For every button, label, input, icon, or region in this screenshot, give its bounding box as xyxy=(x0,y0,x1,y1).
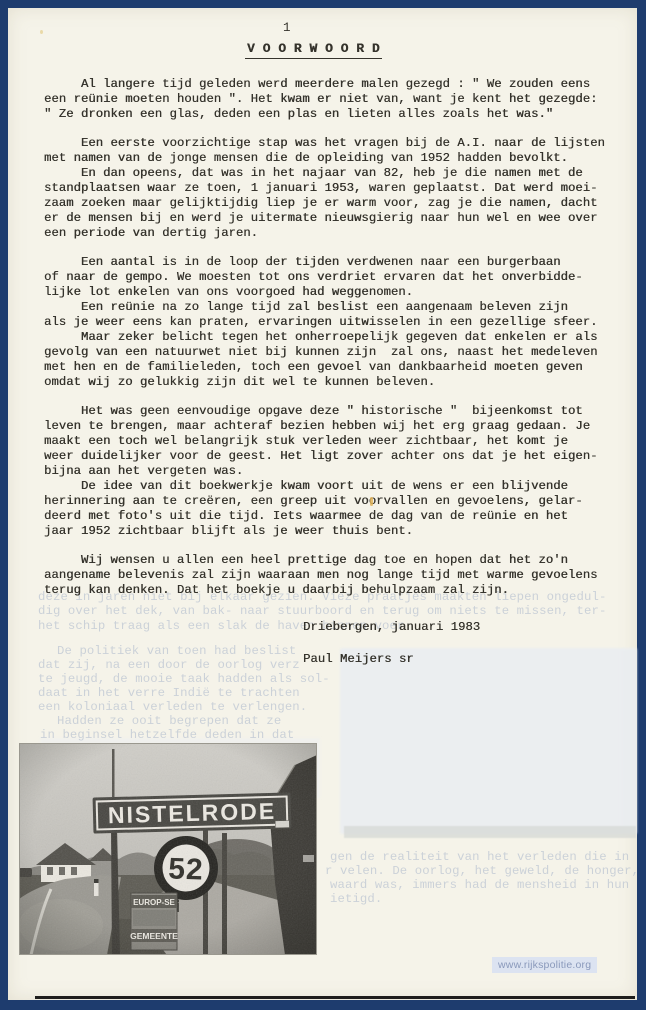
photo-nistelrode: NISTELRODE 52 EUROP-SE GEMEENTE xyxy=(19,743,317,955)
watermark: www.rijkspolitie.org xyxy=(492,957,597,973)
scan-edge-shadow xyxy=(35,996,635,999)
page-number: 1 xyxy=(283,21,291,35)
paper-speck xyxy=(40,30,43,34)
body-text: Al langere tijd geleden werd meerdere ma… xyxy=(44,77,619,612)
paragraph-2: Een eerste voorzichtige stap was het vra… xyxy=(44,136,619,241)
page-title: V O O R W O O R D xyxy=(245,41,382,59)
paragraph-4: Het was geen eenvoudige opgave deze " hi… xyxy=(44,404,619,539)
scanned-page: deze in jaren niet bij elkaar gezien. Vi… xyxy=(0,0,646,1010)
paper-speck xyxy=(370,497,373,506)
paragraph-1: Al langere tijd geleden werd meerdere ma… xyxy=(44,77,619,122)
signoff-place-date: Driebergen, januari 1983 xyxy=(303,620,480,634)
photo-vignette xyxy=(19,743,317,955)
signoff-author: Paul Meijers sr xyxy=(303,652,414,666)
paragraph-3: Een aantal is in de loop der tijden verd… xyxy=(44,255,619,390)
paragraph-5: Wij wensen u allen een heel prettige dag… xyxy=(44,553,619,598)
